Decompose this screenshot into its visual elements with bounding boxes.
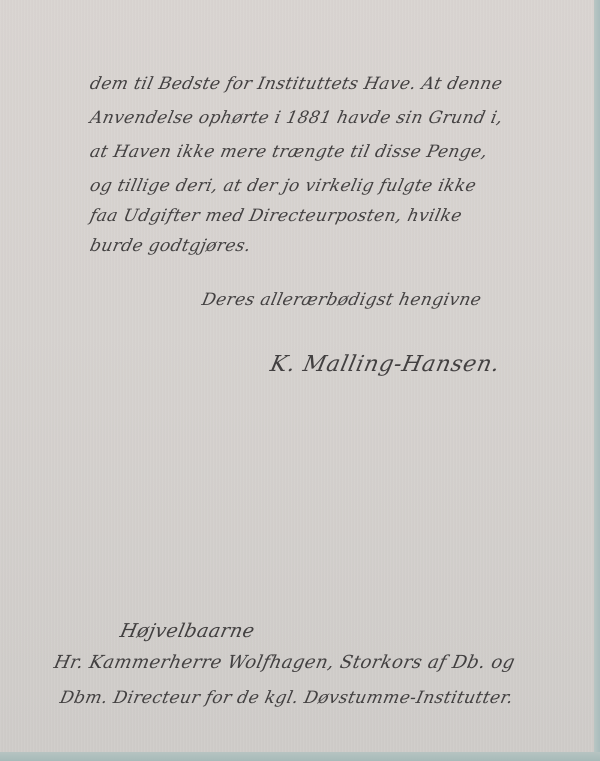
- letter-body-line-2: Anvendelse ophørte i 1881 havde sin Grun…: [88, 108, 505, 128]
- letter-body-line-3: at Haven ikke mere trængte til disse Pen…: [88, 142, 490, 162]
- letter-body-line-4: og tillige deri, at der jo virkelig fulg…: [88, 176, 478, 196]
- address-salutation: Højvelbaarne: [118, 620, 257, 642]
- letter-closing: Deres allerærbødigst hengivne: [200, 290, 483, 310]
- address-recipient-line: Hr. Kammerherre Wolfhagen, Storkors af D…: [52, 652, 517, 673]
- background-edge-right: [594, 0, 600, 761]
- letter-signature: K. Malling-Hansen.: [268, 352, 503, 377]
- letter-page: dem til Bedste for Instituttets Have. At…: [0, 0, 594, 752]
- letter-body-line-6: burde godtgjøres.: [88, 236, 253, 256]
- address-title-line: Dbm. Directeur for de kgl. Døvstumme-Ins…: [58, 688, 515, 708]
- letter-body-line-1: dem til Bedste for Instituttets Have. At…: [88, 74, 504, 94]
- letter-body-line-5: faa Udgifter med Directeurposten, hvilke: [88, 206, 464, 226]
- background-edge-bottom: [0, 752, 600, 761]
